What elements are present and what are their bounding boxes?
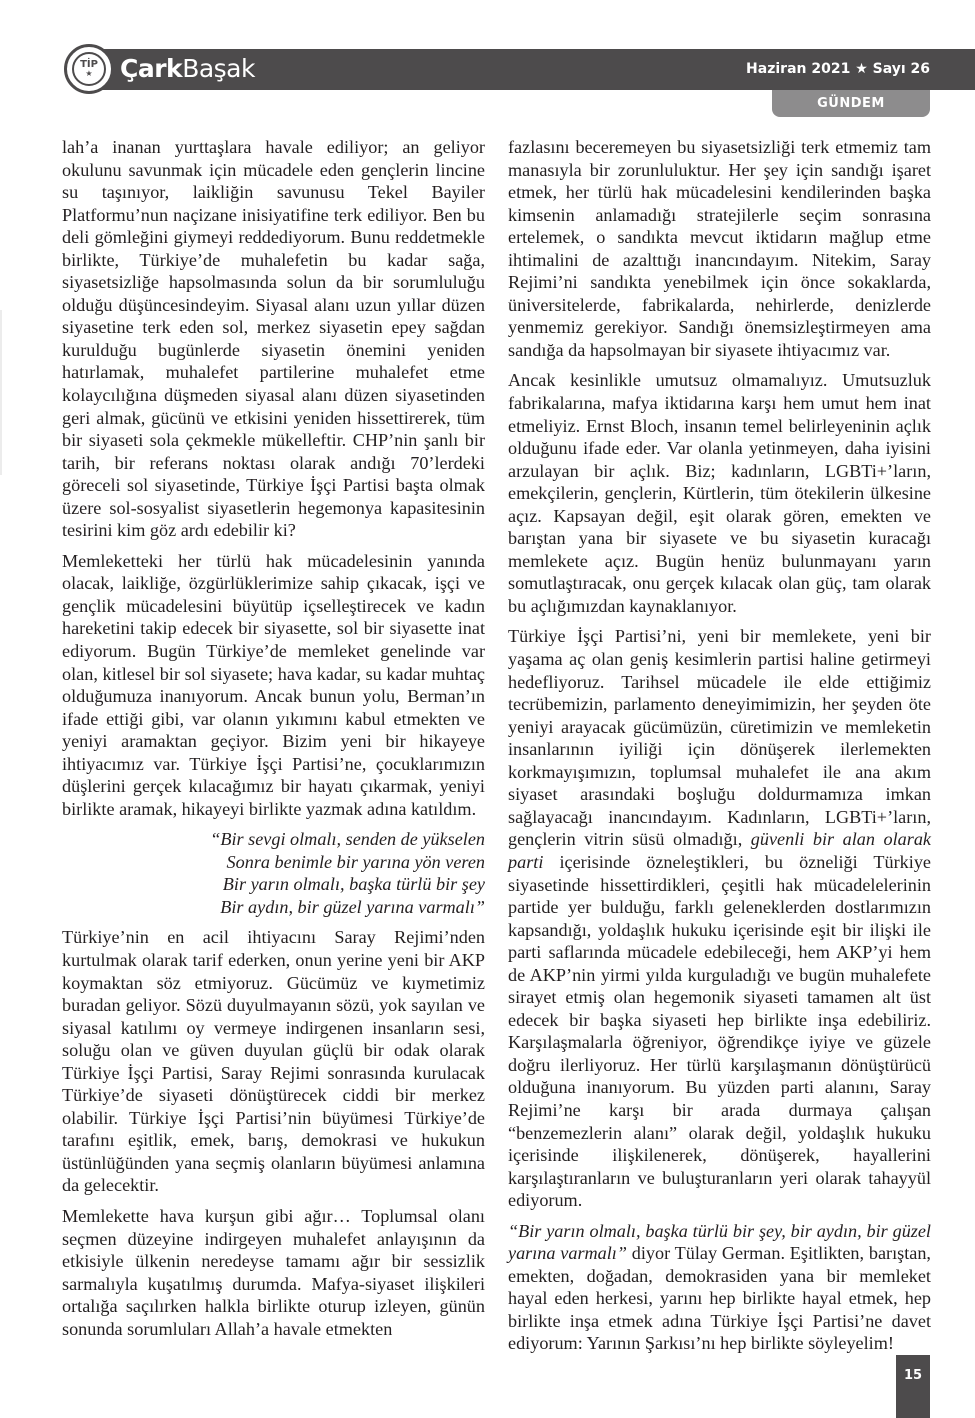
logo-inner-ring: TİP ★	[72, 52, 106, 86]
paragraph: “Bir yarın olmalı, başka türlü bir şey, …	[508, 1220, 931, 1355]
magazine-title: ÇarkBaşak	[120, 51, 255, 87]
paragraph: Ancak kesinlikle umutsuz olmamalıyız. Um…	[508, 369, 931, 617]
left-column: lah’a inanan yurttaşlara havale ediliyor…	[62, 136, 485, 1348]
poem-line: Bir aydın, bir güzel yarına varmalı”	[62, 896, 485, 919]
paragraph: lah’a inanan yurttaşlara havale ediliyor…	[62, 136, 485, 542]
star-icon: ★	[85, 70, 92, 78]
paragraph: Memlekette hava kurşun gibi ağır… Toplum…	[62, 1205, 485, 1340]
paragraph: Türkiye’nin en acil ihtiyacını Saray Rej…	[62, 926, 485, 1197]
right-column: fazlasını beceremeyen bu siyasetsizliği …	[508, 136, 931, 1363]
poem-line: Bir yarın olmalı, başka türlü bir şey	[62, 873, 485, 896]
margin-divider	[0, 310, 2, 475]
text-run: içerisinde özneleştikleri, bu özneliği T…	[508, 852, 931, 1210]
brand-bold: Çark	[120, 54, 182, 83]
poem-quote: “Bir sevgi olmalı, senden de yükselen So…	[62, 828, 485, 918]
paragraph: Memleketteki her türlü hak mücadelesinin…	[62, 550, 485, 821]
poem-line: Sonra benimle bir yarına yön veren	[62, 851, 485, 874]
tip-logo-seal: TİP ★	[64, 44, 114, 94]
paragraph: fazlasını beceremeyen bu siyasetsizliği …	[508, 136, 931, 361]
issue-info: Haziran 2021 ★ Sayı 26	[746, 49, 930, 90]
paragraph: Türkiye İşçi Partisi’ni, yeni bir memlek…	[508, 625, 931, 1211]
poem-line: “Bir sevgi olmalı, senden de yükselen	[62, 828, 485, 851]
text-run: Türkiye İşçi Partisi’ni, yeni bir memlek…	[508, 626, 931, 849]
page-number: 15	[896, 1355, 930, 1418]
section-tab: GÜNDEM	[772, 90, 930, 117]
brand-regular: Başak	[182, 54, 255, 83]
